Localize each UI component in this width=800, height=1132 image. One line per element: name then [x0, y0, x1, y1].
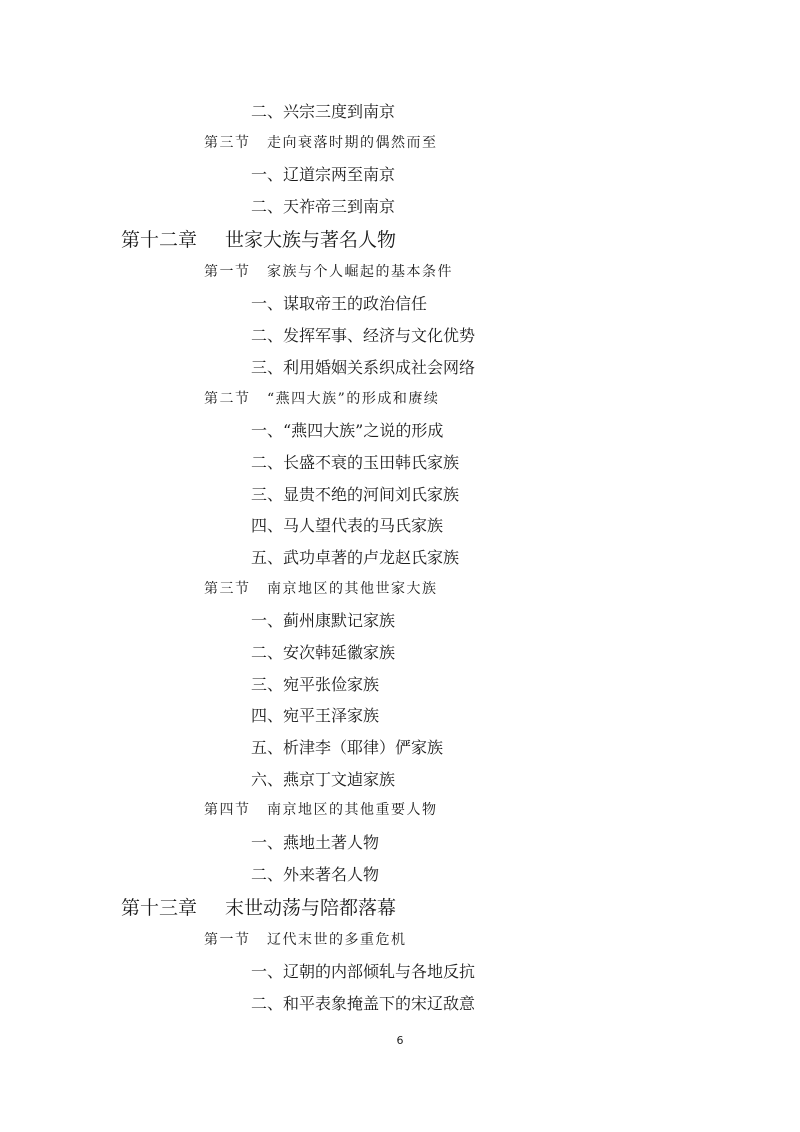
- toc-item-text: 三、宛平张俭家族: [251, 675, 379, 694]
- toc-item-text: 三、利用婚姻关系织成社会网络: [251, 358, 475, 377]
- toc-item-text: 五、析津李（耶律）俨家族: [251, 738, 443, 757]
- toc-item: 二、发挥军事、经济与文化优势: [0, 320, 800, 352]
- section-title: “燕四大族”的形成和赓续: [267, 391, 439, 407]
- toc-item: 一、“燕四大族”之说的形成: [0, 415, 800, 447]
- section-title: 辽代末世的多重危机: [267, 932, 407, 948]
- toc-item-text: 二、外来著名人物: [251, 865, 379, 884]
- toc-section: 第三节走向衰落时期的偶然而至: [0, 128, 800, 160]
- toc-item-text: 三、显贵不绝的河间刘氏家族: [251, 485, 459, 504]
- page-number: 6: [0, 1034, 800, 1047]
- section-number: 第四节: [204, 795, 267, 827]
- toc-item-text: 二、长盛不衰的玉田韩氏家族: [251, 453, 459, 472]
- toc-item-text: 五、武功卓著的卢龙赵氏家族: [251, 548, 459, 567]
- toc-item: 一、蓟州康默记家族: [0, 605, 800, 637]
- chapter-number: 第十二章: [121, 223, 225, 257]
- section-number: 第一节: [204, 257, 267, 289]
- toc-item-text: 一、谋取帝王的政治信任: [251, 294, 427, 313]
- toc-item-text: 一、辽道宗两至南京: [251, 165, 395, 184]
- toc-item: 一、辽朝的内部倾轧与各地反抗: [0, 956, 800, 988]
- toc-chapter: 第十三章末世动荡与陪都落幕: [0, 891, 800, 925]
- section-number: 第一节: [204, 925, 267, 957]
- toc-item-text: 六、燕京丁文逌家族: [251, 770, 395, 789]
- toc-section: 第一节家族与个人崛起的基本条件: [0, 257, 800, 289]
- toc-item: 三、利用婚姻关系织成社会网络: [0, 352, 800, 384]
- section-number: 第二节: [204, 384, 267, 416]
- toc-item: 五、析津李（耶律）俨家族: [0, 732, 800, 764]
- chapter-title: 末世动荡与陪都落幕: [225, 897, 396, 919]
- toc-item-text: 二、兴宗三度到南京: [251, 102, 395, 121]
- toc-item: 二、兴宗三度到南京: [0, 96, 800, 128]
- toc-item-text: 二、发挥军事、经济与文化优势: [251, 326, 475, 345]
- toc-item-text: 一、蓟州康默记家族: [251, 611, 395, 630]
- toc-item: 二、和平表象掩盖下的宋辽敌意: [0, 988, 800, 1020]
- toc-chapter: 第十二章世家大族与著名人物: [0, 223, 800, 257]
- section-title: 南京地区的其他世家大族: [267, 581, 438, 597]
- toc-item-text: 一、燕地土著人物: [251, 833, 379, 852]
- toc-item-text: 四、宛平王泽家族: [251, 706, 379, 725]
- section-title: 走向衰落时期的偶然而至: [267, 135, 438, 151]
- section-number: 第三节: [204, 128, 267, 160]
- section-title: 南京地区的其他重要人物: [267, 802, 438, 818]
- toc-item: 一、谋取帝王的政治信任: [0, 288, 800, 320]
- toc-item: 四、马人望代表的马氏家族: [0, 510, 800, 542]
- toc-item: 一、燕地土著人物: [0, 827, 800, 859]
- toc-item: 一、辽道宗两至南京: [0, 159, 800, 191]
- toc-item-text: 一、“燕四大族”之说的形成: [251, 421, 443, 440]
- table-of-contents: 二、兴宗三度到南京 第三节走向衰落时期的偶然而至 一、辽道宗两至南京 二、天祚帝…: [0, 96, 800, 1020]
- document-page: 二、兴宗三度到南京 第三节走向衰落时期的偶然而至 一、辽道宗两至南京 二、天祚帝…: [0, 0, 800, 1132]
- toc-item-text: 二、安次韩延徽家族: [251, 643, 395, 662]
- toc-item: 四、宛平王泽家族: [0, 700, 800, 732]
- toc-item-text: 二、天祚帝三到南京: [251, 197, 395, 216]
- toc-section: 第二节“燕四大族”的形成和赓续: [0, 384, 800, 416]
- toc-item-text: 一、辽朝的内部倾轧与各地反抗: [251, 962, 475, 981]
- toc-item: 二、安次韩延徽家族: [0, 637, 800, 669]
- toc-section: 第四节南京地区的其他重要人物: [0, 795, 800, 827]
- chapter-title: 世家大族与著名人物: [225, 229, 396, 251]
- section-number: 第三节: [204, 574, 267, 606]
- toc-item-text: 二、和平表象掩盖下的宋辽敌意: [251, 994, 475, 1013]
- toc-item: 二、外来著名人物: [0, 859, 800, 891]
- section-title: 家族与个人崛起的基本条件: [267, 264, 453, 280]
- toc-item-text: 四、马人望代表的马氏家族: [251, 516, 443, 535]
- toc-section: 第三节南京地区的其他世家大族: [0, 574, 800, 606]
- toc-item: 五、武功卓著的卢龙赵氏家族: [0, 542, 800, 574]
- toc-item: 二、天祚帝三到南京: [0, 191, 800, 223]
- toc-item: 三、显贵不绝的河间刘氏家族: [0, 479, 800, 511]
- toc-item: 二、长盛不衰的玉田韩氏家族: [0, 447, 800, 479]
- toc-item: 三、宛平张俭家族: [0, 669, 800, 701]
- toc-section: 第一节辽代末世的多重危机: [0, 925, 800, 957]
- chapter-number: 第十三章: [121, 891, 225, 925]
- toc-item: 六、燕京丁文逌家族: [0, 764, 800, 796]
